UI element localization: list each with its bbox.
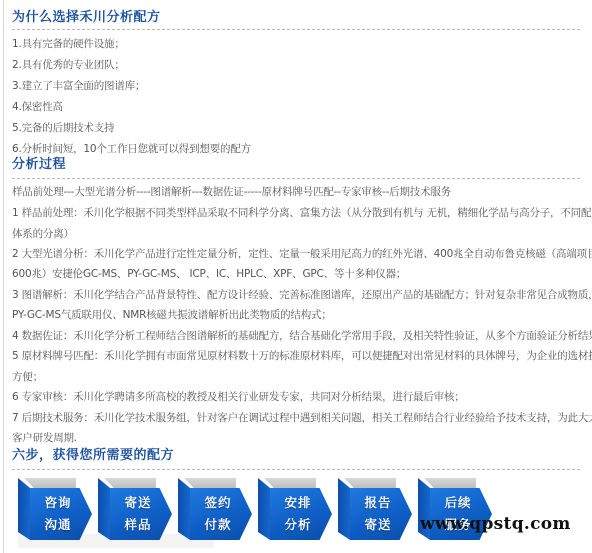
section-title-process: 分析过程 — [12, 153, 66, 172]
step-send-sample: 寄送样品 — [98, 478, 176, 540]
step-label: 咨询沟通 — [34, 492, 82, 536]
step-consult: 咨询沟通 — [18, 478, 96, 540]
process-line: 体系的分离） — [12, 226, 74, 241]
step-report-delivery: 报告寄送 — [338, 478, 416, 540]
process-line: 方便； — [12, 369, 43, 384]
step-box-side — [338, 478, 350, 540]
step-arrange-analysis: 安排分析 — [258, 478, 336, 540]
process-summary: 样品前处理---大型光谱分析----图谱解析---数据佐证-----原材料牌号匹… — [12, 184, 451, 199]
step-box-side — [98, 478, 110, 540]
section-title-six-steps: 六步，获得您所需要的配方 — [12, 444, 174, 463]
process-line: 3 图谱解析：禾川化学结合产品背景特性、配方设计经验、完善标准图谱库，还原出产品… — [12, 287, 592, 302]
list-item: 3.建立了丰富全面的图谱库； — [12, 78, 145, 93]
step-box-top — [344, 478, 396, 488]
step-box-top — [264, 478, 316, 488]
step-label: 签约付款 — [194, 492, 242, 536]
step-label: 安排分析 — [274, 492, 322, 536]
step-label: 报告寄送 — [354, 492, 402, 536]
process-line: 600兆）安捷伦GC-MS、PY-GC-MS、 ICP、IC、HPLC、XPF、… — [12, 266, 406, 281]
step-box-side — [178, 478, 190, 540]
process-line: 4 数据佐证：禾川化学分析工程师结合图谱解析的基础配方，结合基础化学常用手段，及… — [12, 328, 592, 343]
divider — [12, 469, 580, 470]
six-steps-flow: 咨询沟通 寄送样品 签约付款 安排分析 报告寄送 后续服务 — [10, 478, 576, 548]
step-box-top — [24, 478, 76, 488]
process-line: 5 原材料牌号匹配：禾川化学拥有市面常见原材料数十万的标准原材料库，可以便捷配对… — [12, 348, 592, 363]
step-sign-pay: 签约付款 — [178, 478, 256, 540]
process-line: 7 后期技术服务：禾川化学技术服务组，针对客户在调试过程中遇到相关问题，相关工程… — [12, 410, 592, 425]
process-line: 客户研发周期. — [12, 430, 77, 445]
divider — [12, 178, 580, 179]
watermark-text: www.qpstq.com — [420, 514, 571, 534]
step-box-top — [184, 478, 236, 488]
process-line: 1 样品前处理：禾川化学根据不同类型样品采取不同科学分离、富集方法（从分散到有机… — [12, 205, 592, 220]
list-item: 2.具有优秀的专业团队； — [12, 57, 125, 72]
step-box-top — [424, 478, 476, 488]
section-title-why-choose: 为什么选择禾川分析配方 — [12, 6, 161, 25]
divider — [12, 29, 580, 30]
list-item: 1.具有完备的硬件设施； — [12, 36, 125, 51]
step-label: 寄送样品 — [114, 492, 162, 536]
process-line: 6 专家审核：禾川化学聘请多所高校的教授及相关行业研发专家，共同对分析结果，进行… — [12, 389, 465, 404]
list-item: 5.完备的后期技术支持 — [12, 120, 114, 135]
step-box-side — [258, 478, 270, 540]
process-line: PY-GC-MS气质联用仪、NMR核磁共振波谱解析出此类物质的结构式； — [12, 307, 332, 322]
step-box-side — [18, 478, 30, 540]
list-item: 4.保密性高 — [12, 99, 63, 114]
process-line: 2 大型光谱分析：禾川化学产品进行定性定量分析，定性、定量一般采用尼高力的红外光… — [12, 246, 592, 261]
step-box-top — [104, 478, 156, 488]
